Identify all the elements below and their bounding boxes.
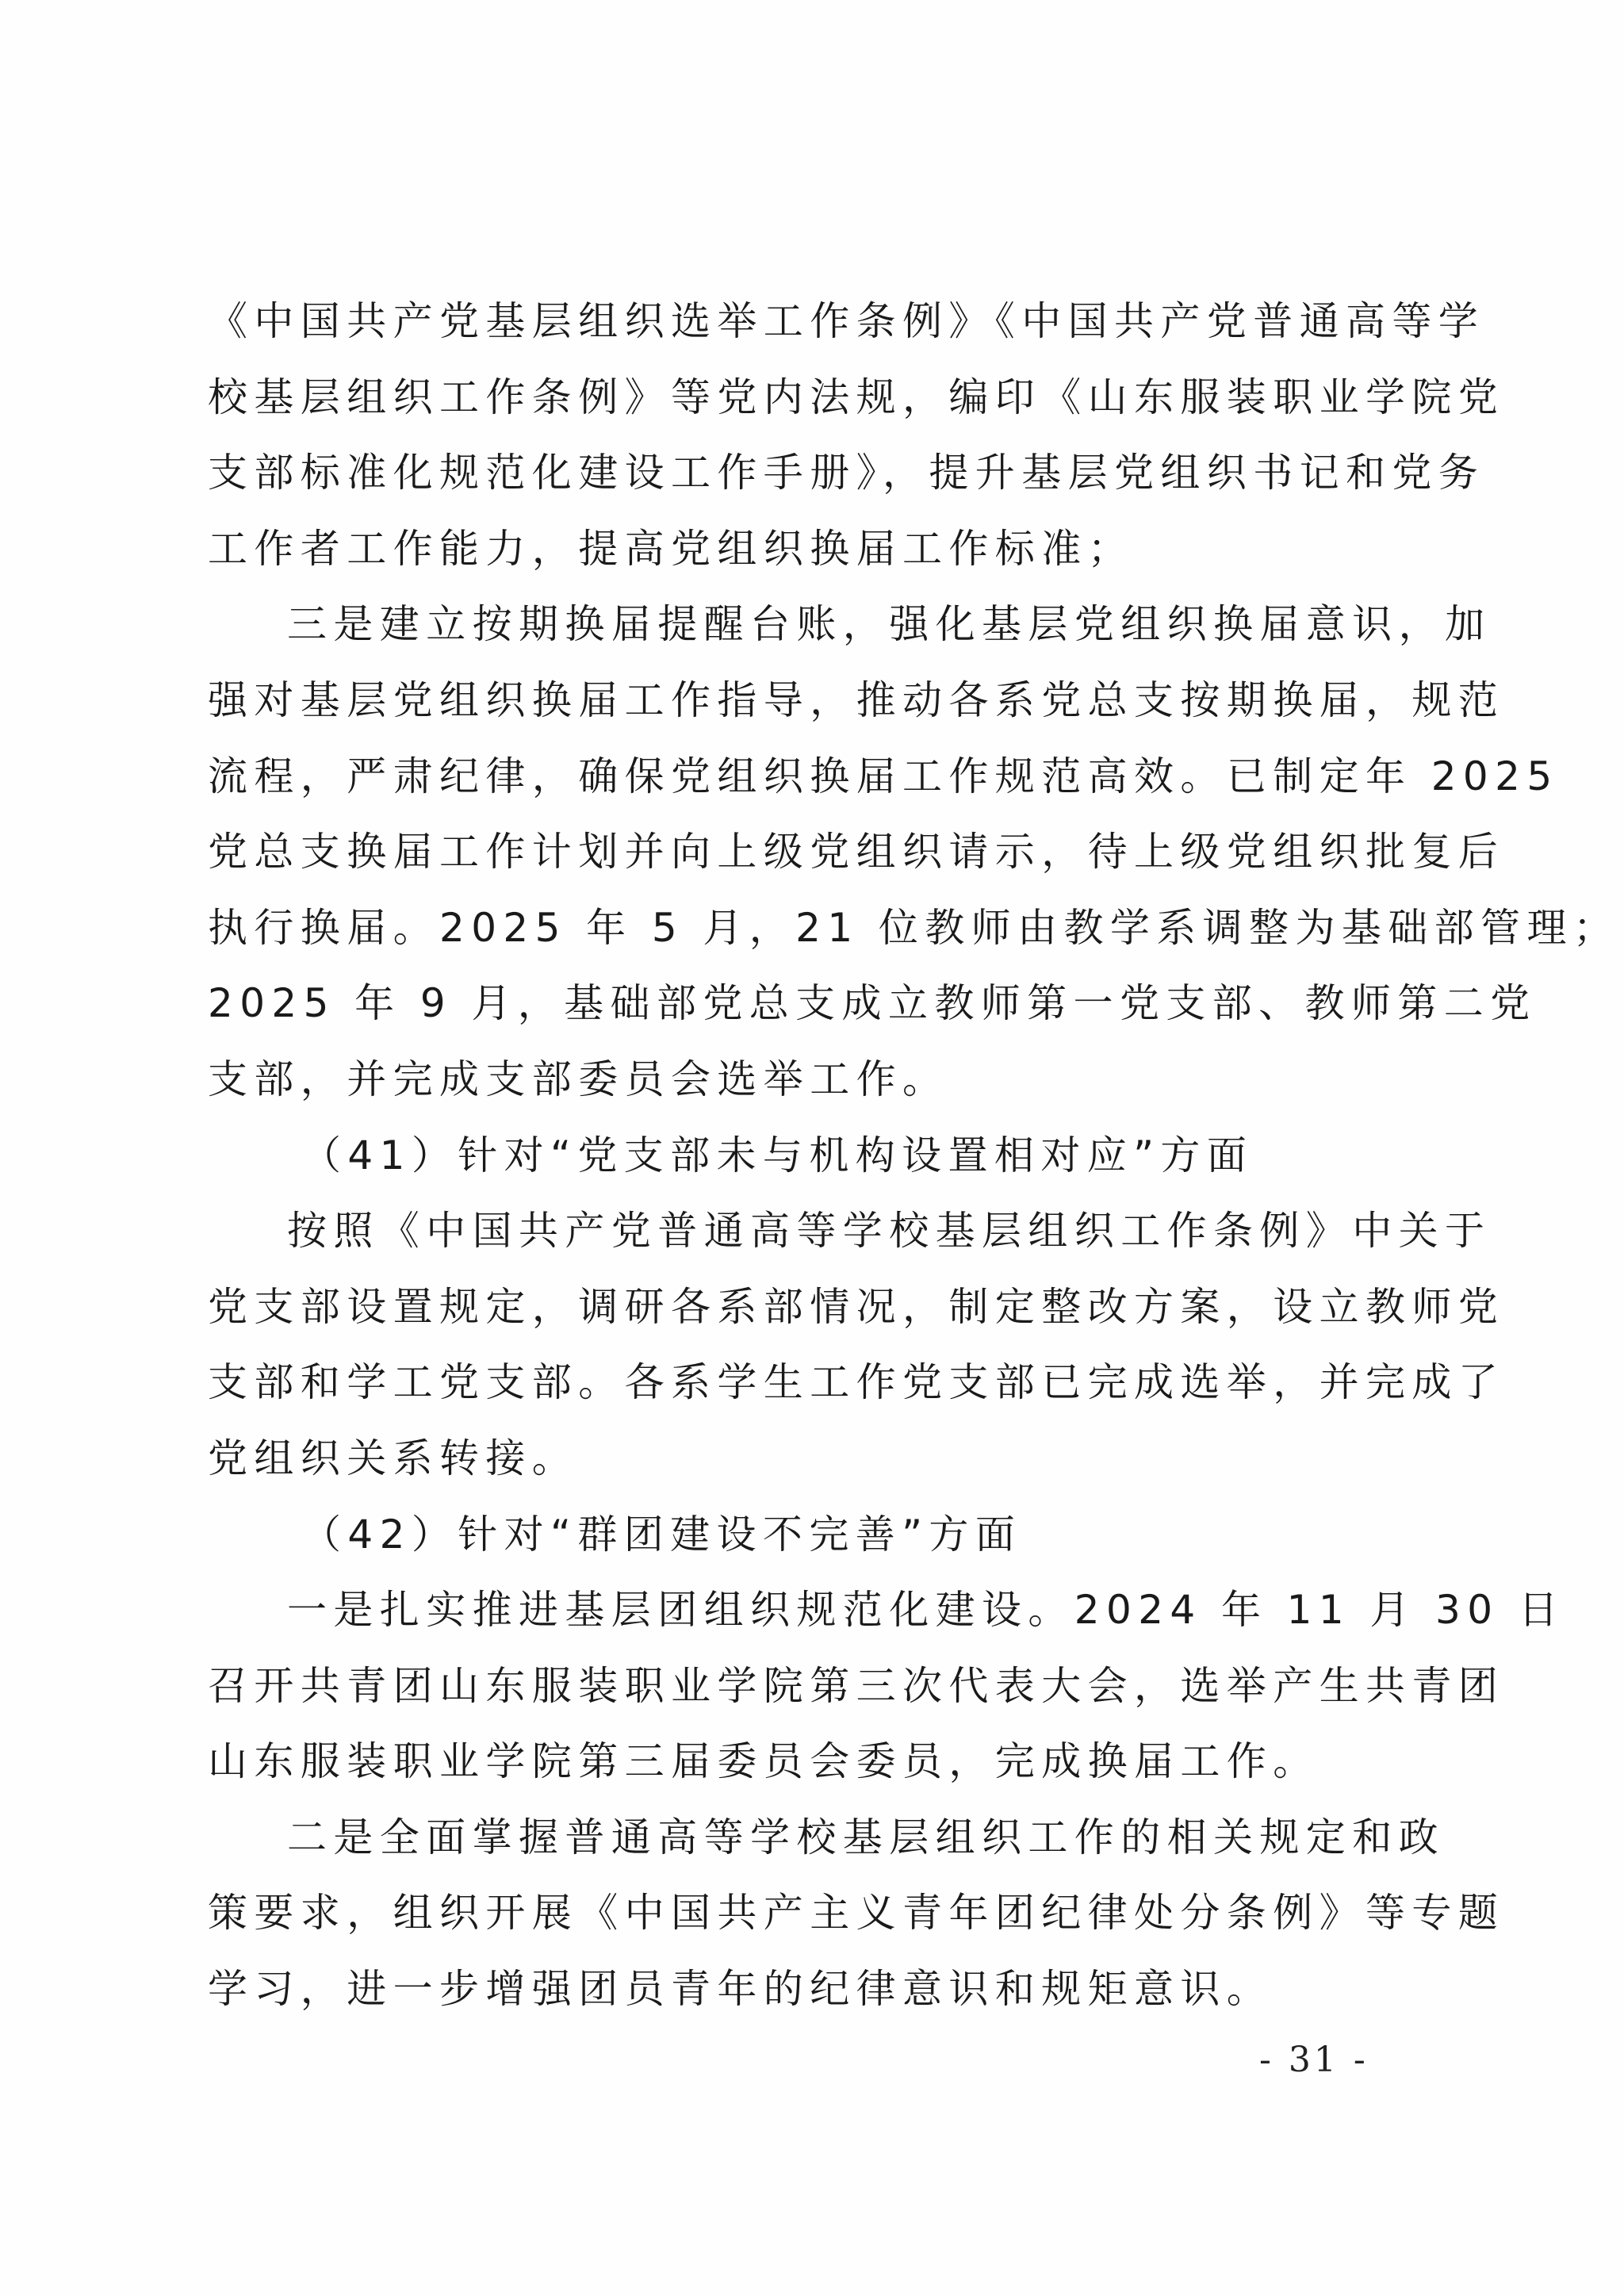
section-heading-41: （41）针对“党支部未与机构设置相对应”方面	[208, 1118, 1429, 1194]
paragraph-start: 二是全面掌握普通高等学校基层组织工作的相关规定和政	[208, 1800, 1429, 1876]
paragraph-start: 按照《中国共产党普通高等学校基层组织工作条例》中关于	[208, 1193, 1429, 1270]
text-line: 山东服装职业学院第三届委员会委员，完成换届工作。	[208, 1724, 1429, 1800]
text-line: 《中国共产党基层组织选举工作条例》《中国共产党普通高等学	[208, 284, 1429, 360]
text-line: 党组织关系转接。	[208, 1421, 1429, 1497]
paragraph-start: 三是建立按期换届提醒台账，强化基层党组织换届意识，加	[208, 587, 1429, 663]
document-body: 《中国共产党基层组织选举工作条例》《中国共产党普通高等学 校基层组织工作条例》等…	[208, 284, 1429, 2028]
text-line: 支部，并完成支部委员会选举工作。	[208, 1042, 1429, 1118]
text-line: 党支部设置规定，调研各系部情况，制定整改方案，设立教师党	[208, 1270, 1429, 1346]
text-line: 执行换届。2025 年 5 月，21 位教师由教学系调整为基础部管理；	[208, 891, 1429, 967]
text-line: 支部和学工党支部。各系学生工作党支部已完成选举，并完成了	[208, 1345, 1429, 1421]
section-heading-42: （42）针对“群团建设不完善”方面	[208, 1497, 1429, 1573]
text-line: 校基层组织工作条例》等党内法规，编印《山东服装职业学院党	[208, 360, 1429, 436]
document-page: 《中国共产党基层组织选举工作条例》《中国共产党普通高等学 校基层组织工作条例》等…	[0, 0, 1624, 2295]
text-line: 召开共青团山东服装职业学院第三次代表大会，选举产生共青团	[208, 1649, 1429, 1725]
text-line: 策要求，组织开展《中国共产主义青年团纪律处分条例》等专题	[208, 1875, 1429, 1952]
text-line: 2025 年 9 月，基础部党总支成立教师第一党支部、教师第二党	[208, 966, 1429, 1042]
text-line: 流程，严肃纪律，确保党组织换届工作规范高效。已制定年 2025	[208, 739, 1429, 815]
text-line: 党总支换届工作计划并向上级党组织请示，待上级党组织批复后	[208, 814, 1429, 891]
page-number: - 31 -	[1259, 2040, 1369, 2080]
text-line: 工作者工作能力，提高党组织换届工作标准；	[208, 511, 1429, 588]
paragraph-start: 一是扎实推进基层团组织规范化建设。2024 年 11 月 30 日	[208, 1573, 1429, 1649]
text-line: 强对基层党组织换届工作指导，推动各系党总支按期换届，规范	[208, 663, 1429, 739]
text-line: 支部标准化规范化建设工作手册》，提升基层党组织书记和党务	[208, 435, 1429, 511]
text-line: 学习，进一步增强团员青年的纪律意识和规矩意识。	[208, 1952, 1429, 2028]
